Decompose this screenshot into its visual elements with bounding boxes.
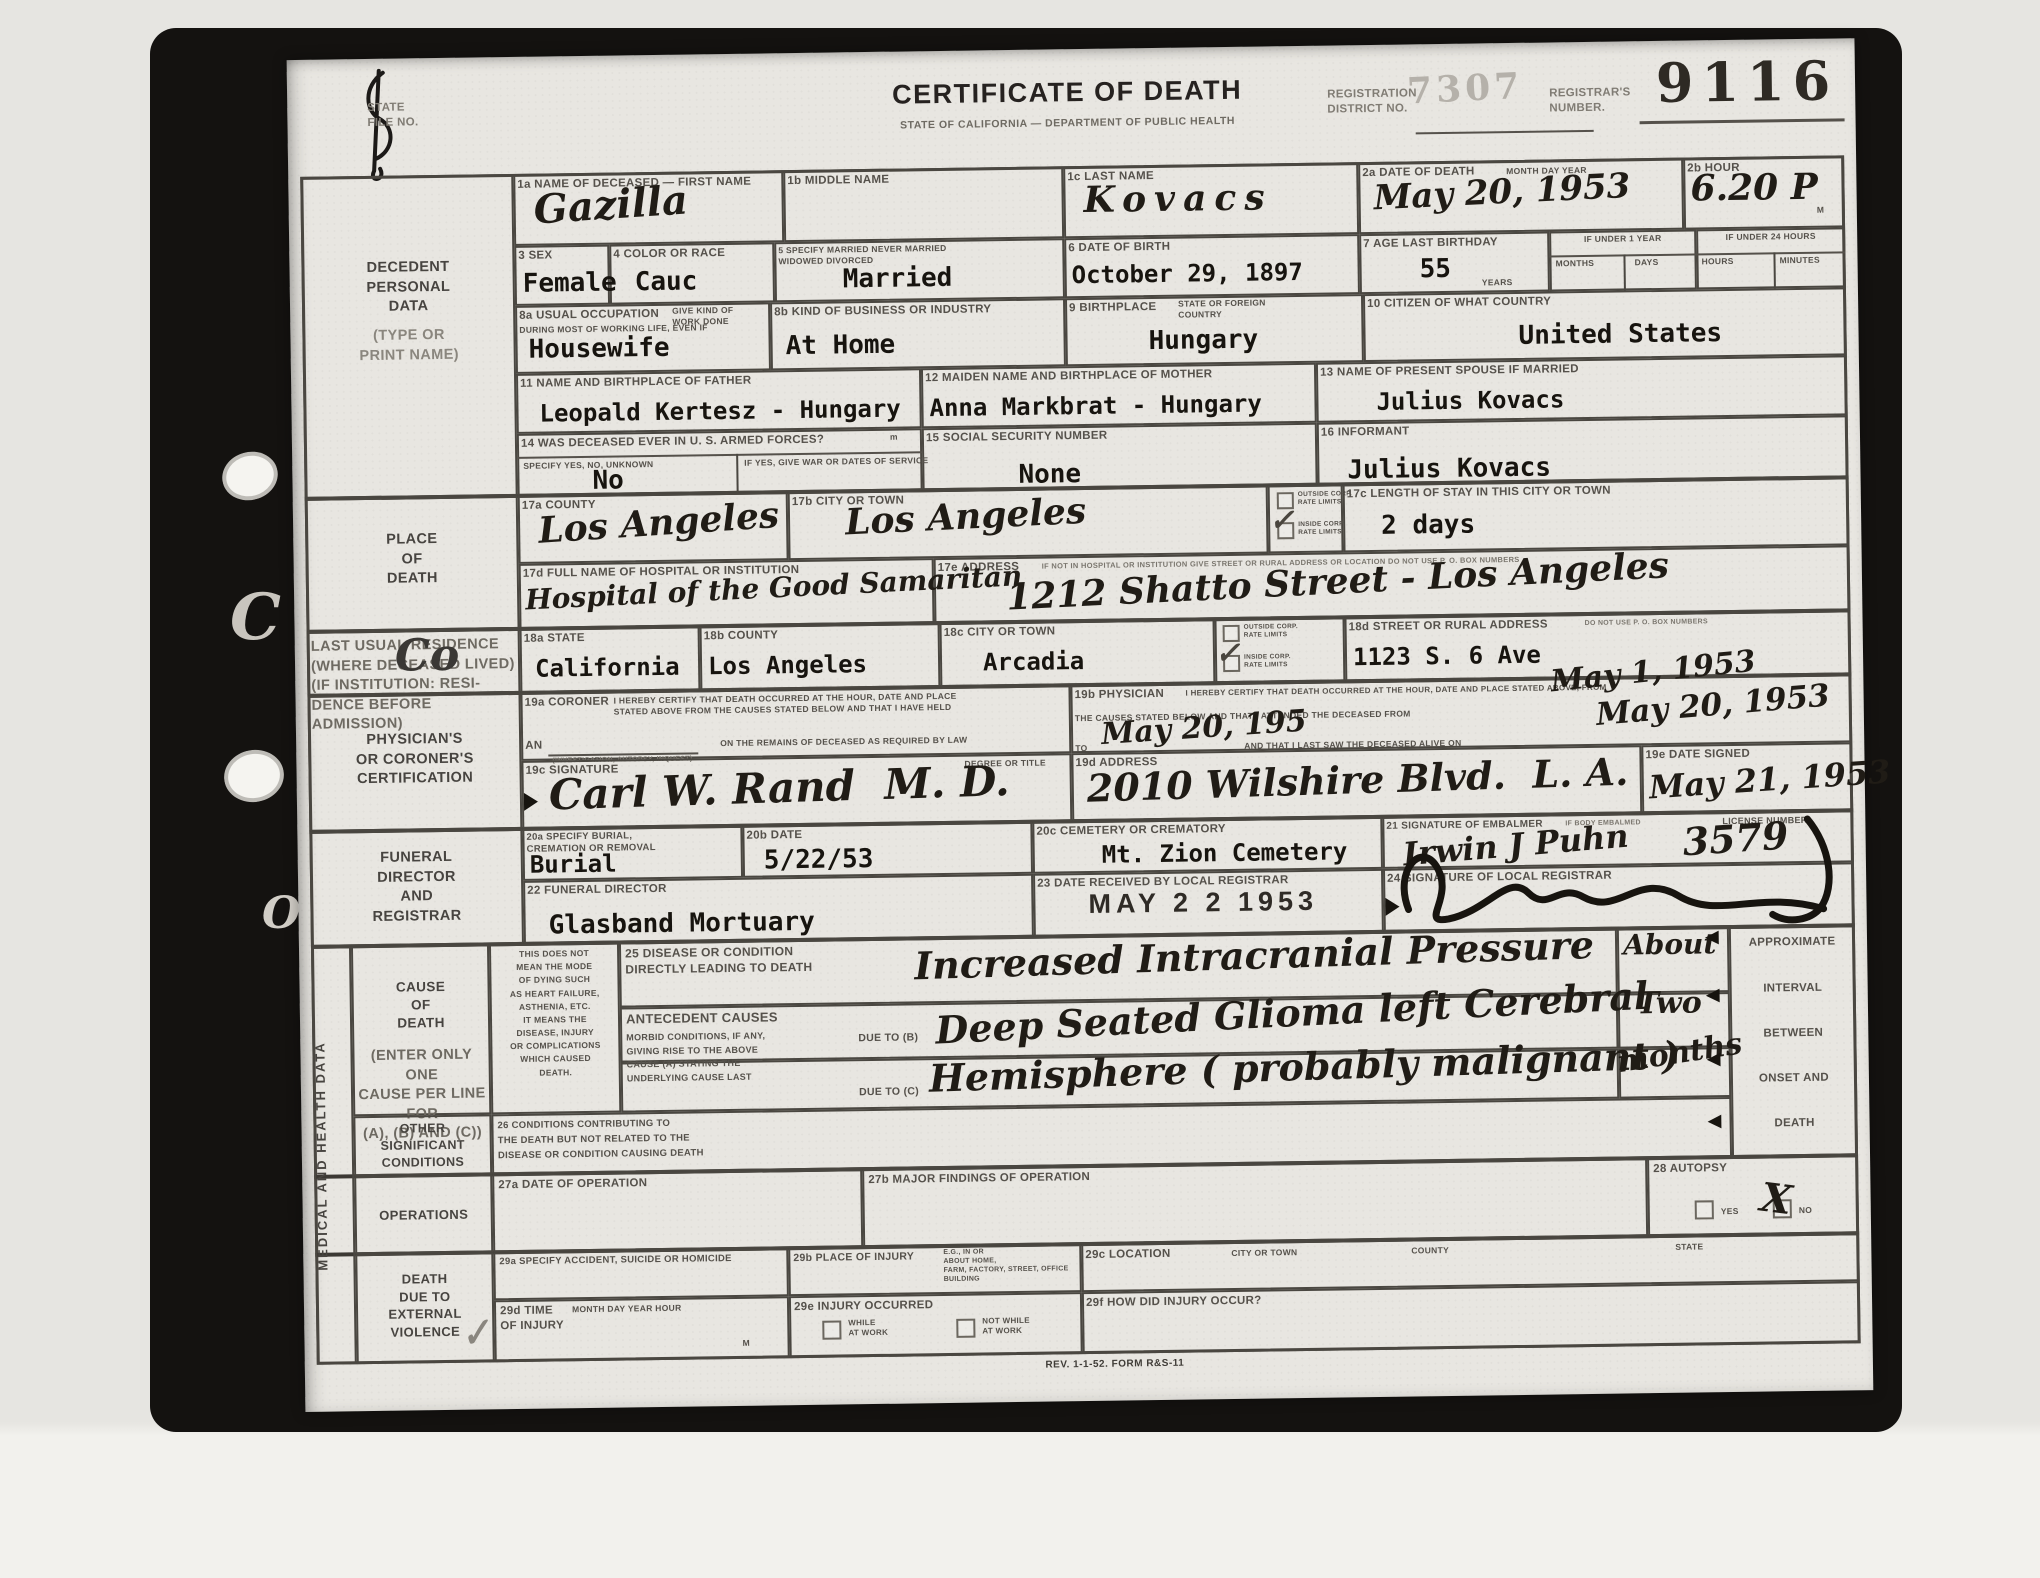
page-subtitle: STATE OF CALIFORNIA — DEPARTMENT OF PUBL… <box>827 114 1307 133</box>
label-18c: 18c CITY OR TOWN <box>944 624 1056 640</box>
label-19e: 19e DATE SIGNED <box>1645 747 1750 763</box>
value-armed-forces: No <box>592 467 624 493</box>
label-29f: 29f HOW DID INJURY OCCUR? <box>1086 1294 1262 1311</box>
value-interval-b: Two <box>1637 988 1702 1019</box>
label-18d-sub: DO NOT USE P. O. BOX NUMBERS <box>1585 617 1709 628</box>
label-antecedent-sub: MORBID CONDITIONS, IF ANY, GIVING RISE T… <box>626 1030 766 1086</box>
label-interval-3: BETWEEN <box>1730 1025 1856 1042</box>
label-interval-4: ONSET AND <box>1731 1070 1857 1087</box>
label-under-24-hours: IF UNDER 24 HOURS <box>1696 230 1845 243</box>
label-18-inside: INSIDE CORP. RATE LIMITS <box>1244 653 1291 669</box>
label-due-b: DUE TO (B) <box>858 1031 918 1045</box>
value-length-of-stay: 2 days <box>1381 512 1475 539</box>
label-20b: 20b DATE <box>746 828 802 844</box>
label-18b: 18b COUNTY <box>704 628 779 644</box>
value-birthplace: Hungary <box>1148 327 1258 355</box>
label-29d-sub: MONTH DAY YEAR HOUR <box>572 1303 682 1316</box>
label-autopsy-no: NO <box>1799 1205 1813 1216</box>
label-29d: 29d TIME OF INJURY <box>500 1303 564 1334</box>
form-revision-footer: REV. 1-1-52. FORM R&S-11 <box>965 1357 1265 1372</box>
label-20c: 20c CEMETERY OR CREMATORY <box>1036 822 1226 840</box>
value-residence-state: California <box>535 655 680 681</box>
value-marital: Married <box>843 265 953 293</box>
label-27a: 27a DATE OF OPERATION <box>498 1176 647 1193</box>
registrar-number: 9116 <box>1647 48 1848 115</box>
label-3: 3 SEX <box>518 248 552 263</box>
label-28: 28 AUTOPSY <box>1653 1161 1727 1177</box>
section-funeral: FUNERAL DIRECTOR AND REGISTRAR <box>310 847 524 928</box>
value-hour-meridiem: M <box>1817 205 1825 216</box>
label-7: 7 AGE LAST BIRTHDAY <box>1363 235 1498 252</box>
label-4: 4 COLOR OR RACE <box>613 246 725 262</box>
value-cemetery: Mt. Zion Cemetery <box>1102 839 1348 866</box>
checkbox-not-while-at-work <box>956 1319 975 1338</box>
state-file-no-label: STATE FILE NO. <box>367 100 418 131</box>
date-received-stamp: MAY 2 2 1953 <box>1088 886 1318 920</box>
label-18-outside: OUTSIDE CORP. RATE LIMITS <box>1244 623 1299 639</box>
autopsy-no-mark: X <box>1758 1178 1794 1222</box>
value-citizen: United States <box>1518 320 1722 349</box>
value-burial: Burial <box>530 852 617 877</box>
page-title: CERTIFICATE OF DEATH <box>827 74 1307 112</box>
interval-arrow-icon: ◀ <box>1705 926 1719 947</box>
value-residence-city: Arcadia <box>983 649 1084 674</box>
label-15: 15 SOCIAL SECURITY NUMBER <box>926 429 1108 446</box>
label-29c-city: CITY OR TOWN <box>1231 1247 1297 1259</box>
value-age: 55 <box>1419 256 1451 282</box>
label-29c: 29c LOCATION <box>1085 1247 1170 1263</box>
section-decedent: DECEDENT PERSONAL DATA <box>301 257 515 319</box>
checkbox-while-at-work <box>822 1320 841 1339</box>
label-16: 16 INFORMANT <box>1321 424 1410 440</box>
label-18d: 18d STREET OR RURAL ADDRESS <box>1349 618 1548 636</box>
label-1b: 1b MIDDLE NAME <box>787 173 889 189</box>
section-physician: PHYSICIAN'S OR CORONER'S CERTIFICATION <box>308 729 522 791</box>
value-first-name: Gazilla <box>532 181 689 231</box>
value-occupation: Housewife <box>528 335 669 363</box>
certificate-paper: STATE FILE NO. CERTIFICATE OF DEATH STAT… <box>287 38 1874 1412</box>
value-mother: Anna Markbrat - Hungary <box>929 392 1262 421</box>
label-under-1-year: IF UNDER 1 YEAR <box>1549 232 1696 245</box>
label-19b: 19b PHYSICIAN <box>1074 687 1164 703</box>
label-due-c: DUE TO (C) <box>859 1085 919 1099</box>
district-number-stamp: 7307 <box>1406 65 1524 113</box>
value-father: Leopald Kertesz - Hungary <box>539 397 901 426</box>
checkmark-17-inside: ✓ <box>1269 506 1295 536</box>
cell-29f <box>1082 1281 1861 1354</box>
signature-pointer-icon <box>524 793 538 811</box>
label-antecedent: ANTECEDENT CAUSES <box>626 1009 778 1028</box>
value-hour: 6.20 P <box>1690 169 1818 207</box>
label-14-specify: SPECIFY YES, NO, UNKNOWN <box>523 459 653 472</box>
registrar-number-underline <box>1640 118 1845 124</box>
registrars-number-label: REGISTRAR'S NUMBER. <box>1549 85 1631 116</box>
value-business: At Home <box>785 332 895 360</box>
label-8b: 8b KIND OF BUSINESS OR INDUSTRY <box>774 302 991 320</box>
section-place-of-death: PLACE OF DEATH <box>305 529 519 591</box>
registration-district-label: REGISTRATION DISTRICT NO. <box>1327 86 1417 117</box>
value-ssn: None <box>1018 461 1081 488</box>
interval-arrow-icon: ◀ <box>1707 1048 1721 1069</box>
value-residence-county: Los Angeles <box>708 652 867 678</box>
label-autopsy-yes: YES <box>1721 1206 1739 1217</box>
label-25: 25 DISEASE OR CONDITION DIRECTLY LEADING… <box>625 944 812 978</box>
label-6: 6 DATE OF BIRTH <box>1068 240 1170 256</box>
label-8a: 8a USUAL OCCUPATION <box>519 307 659 324</box>
label-minutes: MINUTES <box>1779 255 1820 267</box>
label-19a: 19a CORONER <box>524 695 609 711</box>
value-last-name: Kovacs <box>1083 179 1272 218</box>
value-residence-street: 1123 S. 6 Ave <box>1353 643 1541 670</box>
value-sex: Female <box>523 270 617 297</box>
label-days: DAYS <box>1634 257 1658 268</box>
label-10: 10 CITIZEN OF WHAT COUNTRY <box>1367 294 1551 312</box>
checkmark-18-inside: ✓ <box>1215 639 1241 669</box>
value-race: Cauc <box>635 268 698 295</box>
label-months: MONTHS <box>1555 258 1594 270</box>
label-hours: HOURS <box>1701 256 1733 267</box>
label-17-outside: OUTSIDE CORP. RATE LIMITS <box>1298 490 1353 506</box>
interval-arrow-icon: ◀ <box>1706 984 1720 1005</box>
label-29e: 29e INJURY OCCURRED <box>794 1298 933 1315</box>
label-9-sub: STATE OR FOREIGN COUNTRY <box>1178 297 1266 320</box>
label-interval-1: APPROXIMATE <box>1729 934 1855 951</box>
label-29c-county: COUNTY <box>1411 1245 1449 1257</box>
label-19a-an: AN <box>525 739 542 754</box>
section-decedent-sub: (TYPE OR PRINT NAME) <box>302 325 516 367</box>
label-9: 9 BIRTHPLACE <box>1069 300 1157 316</box>
label-17-inside: INSIDE CORP. RATE LIMITS <box>1298 520 1345 536</box>
registrar-signature-scrawl <box>1377 803 1855 935</box>
margin-letter-o: O <box>262 888 300 939</box>
label-while-at-work: WHILE AT WORK <box>848 1318 888 1339</box>
value-spouse: Julius Kovacs <box>1376 387 1564 414</box>
label-29b: 29b PLACE OF INJURY <box>793 1250 914 1265</box>
label-29b-sub: E.G., IN OR ABOUT HOME, FARM, FACTORY, S… <box>943 1246 1078 1284</box>
section-cause: CAUSE OF DEATH <box>351 977 490 1034</box>
label-29c-state: STATE <box>1675 1241 1703 1252</box>
label-7-years: YEARS <box>1482 277 1513 288</box>
section-other: OTHER SIGNIFICANT CONDITIONS <box>353 1119 492 1172</box>
label-26: 26 CONDITIONS CONTRIBUTING TO THE DEATH … <box>497 1115 703 1163</box>
value-armed-mark: m <box>890 432 898 443</box>
value-funeral-director: Glasband Mortuary <box>549 909 815 939</box>
district-underline <box>1416 130 1594 134</box>
cause-note-text: THIS DOES NOT MEAN THE MODE OF DYING SUC… <box>493 947 617 1080</box>
label-not-while-at-work: NOT WHILE AT WORK <box>982 1316 1030 1337</box>
value-city-of-death: Los Angeles <box>844 493 1087 541</box>
label-18a: 18a STATE <box>524 631 585 647</box>
value-dob: October 29, 1897 <box>1072 260 1304 287</box>
value-burial-date: 5/22/53 <box>764 846 874 874</box>
value-interval-a: About <box>1623 930 1717 959</box>
value-informant: Julius Kovacs <box>1347 454 1551 483</box>
section-operations: OPERATIONS <box>355 1205 493 1224</box>
label-interval-5: DEATH <box>1731 1115 1857 1132</box>
scanned-death-certificate: C O STATE FILE NO. CERTIFICATE OF DEATH … <box>0 0 2040 1578</box>
label-27b: 27b MAJOR FINDINGS OF OPERATION <box>868 1170 1090 1188</box>
section-medical-health: MEDICAL AND HEALTH DATA <box>311 946 357 1365</box>
margin-letter-c: C <box>230 580 281 655</box>
label-29d-m: M <box>742 1338 750 1349</box>
label-interval-2: INTERVAL <box>1730 980 1856 997</box>
label-22: 22 FUNERAL DIRECTOR <box>527 882 667 899</box>
checkbox-autopsy-yes <box>1695 1200 1714 1219</box>
residence-handwritten-mark: Co <box>395 634 460 679</box>
